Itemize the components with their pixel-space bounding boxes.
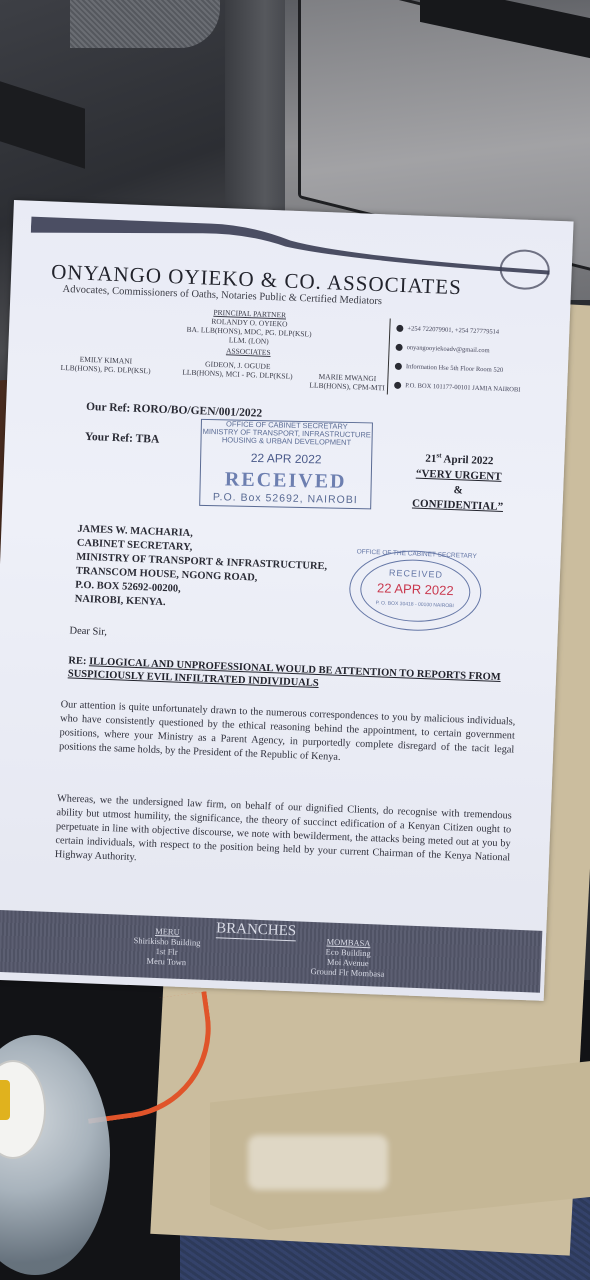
subject-title: ILLOGICAL AND UNPROFESSIONAL WOULD BE AT… <box>68 656 501 689</box>
branch-meru: MERU Shirikisho Building 1st Flr Meru To… <box>133 925 201 968</box>
date-rest: April 2022 <box>441 453 493 467</box>
associate-2: GIDEON, J. OGUDE LLB(HONS), MCI - PG. DL… <box>172 358 303 381</box>
our-reference: Our Ref: RORO/BO/GEN/001/2022 <box>86 401 262 420</box>
subject-label: RE: <box>68 655 87 667</box>
stamp-arc-text: OFFICE OF THE CABINET SECRETARY <box>352 548 482 560</box>
envelope-tape <box>248 1135 388 1190</box>
associate-1: EMILY KIMANI LLB(HONS), PG. DLP(KSL) <box>45 353 166 376</box>
branch-mombasa: MOMBASA Eco Building Moi Avenue Ground F… <box>310 936 385 979</box>
branch-line: Meru Town <box>133 955 200 968</box>
body-paragraph-2: Whereas, we the undersigned law firm, on… <box>55 792 512 879</box>
ministry-received-stamp: OFFICE OF CABINET SECRETARY MINISTRY OF … <box>199 419 373 510</box>
contact-text: onyangooyiekoadv@gmail.com <box>406 344 489 354</box>
stamp-line: HOUSING & URBAN DEVELOPMENT <box>201 436 371 448</box>
contact-list: +254 722079901, +254 727779514 onyangooy… <box>387 319 567 402</box>
letter-page: ONYANGO OYIEKO & CO. ASSOCIATES Advocate… <box>0 200 574 1001</box>
location-icon <box>395 363 402 370</box>
branches-footer: BRANCHES MERU Shirikisho Building 1st Fl… <box>0 910 542 993</box>
your-reference: Your Ref: TBA <box>85 431 160 446</box>
branches-title: BRANCHES <box>216 920 297 941</box>
contact-text: Information Hse 5th Floor Room 520 <box>406 363 504 374</box>
associate-3: MARIE MWANGI LLB(HONS), CPM-MTI <box>297 371 398 393</box>
urgency-line2: CONFIDENTIAL” <box>402 496 512 515</box>
stamp-address: P.O. Box 52692, NAIROBI <box>200 491 370 507</box>
contact-text: P.O. BOX 101177-00101 JAMIA NAIROBI <box>405 382 521 393</box>
email-icon <box>395 344 402 351</box>
body-paragraph-1: Our attention is quite unfortunately dra… <box>59 698 516 771</box>
subject-line: RE: ILLOGICAL AND UNPROFESSIONAL WOULD B… <box>68 654 509 697</box>
branch-line: Ground Flr Mombasa <box>310 966 384 979</box>
contact-text: +254 722079901, +254 727779514 <box>407 325 499 336</box>
date-urgency-block: 21st April 2022 “VERY URGENT & CONFIDENT… <box>402 447 514 515</box>
mailbox-icon <box>394 382 401 389</box>
stamp-date: 22 APR 2022 <box>201 450 371 468</box>
principal-partner-block: PRINCIPAL PARTNER ROLANDY O. OYIEKO BA. … <box>148 305 350 360</box>
air-vent <box>70 0 220 48</box>
bottle-label <box>0 1080 10 1120</box>
recipient-address: JAMES W. MACHARIA, CABINET SECRETARY, MI… <box>74 523 328 617</box>
phone-icon <box>396 325 403 332</box>
cabinet-office-received-stamp: OFFICE OF THE CABINET SECRETARY RECEIVED… <box>348 548 483 633</box>
date-day: 21 <box>425 453 436 465</box>
salutation: Dear Sir, <box>69 625 107 637</box>
